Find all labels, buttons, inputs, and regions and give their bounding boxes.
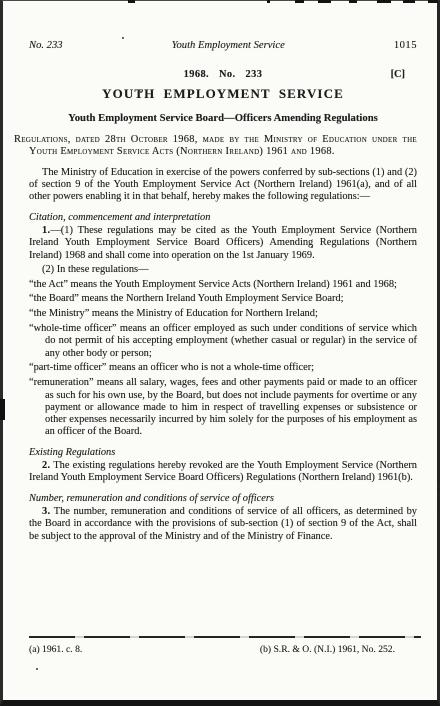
section-heading-citation: Citation, commencement and interpretatio… (29, 212, 417, 224)
section-heading-existing-regulations: Existing Regulations (29, 447, 417, 459)
scan-artifact (318, 0, 331, 3)
definition-the-act: “the Act” means the Youth Employment Ser… (29, 279, 417, 291)
regulation-2-text: The existing regulations hereby revoked … (29, 460, 417, 483)
enacting-paragraph: The Ministry of Education in exercise of… (29, 167, 417, 204)
preamble-smallcaps: Regulations, dated 28th October 1968, ma… (29, 134, 417, 159)
scan-artifact (128, 0, 135, 3)
scan-artifact (140, 91, 142, 93)
regulation-2-paragraph: 2. The existing regulations hereby revok… (29, 460, 417, 485)
running-header-title: Youth Employment Service (172, 40, 285, 52)
running-header: No. 233 Youth Employment Service 1015 (29, 40, 417, 52)
scan-artifact (122, 37, 124, 39)
document-title: YOUTH EMPLOYMENT SERVICE (29, 88, 417, 100)
section-heading-number-remuneration: Number, remuneration and conditions of s… (29, 493, 417, 505)
regulation-1-text: —(1) These regulations may be cited as t… (29, 225, 417, 261)
regulation-3-number: 3. (42, 506, 50, 517)
footnote-b: (b) S.R. & O. (N.I.) 1961, No. 252. (260, 644, 395, 655)
footnote-a: (a) 1961. c. 8. (29, 644, 82, 655)
regulation-1-sub2: (2) In these regulations— (29, 264, 417, 276)
footnote-block: (a) 1961. c. 8. (b) S.R. & O. (N.I.) 196… (29, 636, 421, 655)
definition-remuneration: “remuneration” means all salary, wages, … (29, 377, 417, 438)
page-content: No. 233 Youth Employment Service 1015 19… (29, 0, 417, 543)
scan-artifact (403, 0, 415, 3)
scan-artifact (0, 399, 5, 420)
scan-artifact (428, 0, 438, 3)
definition-part-time-officer: “part-time officer” means an officer who… (29, 362, 417, 374)
definition-the-ministry: “the Ministry” means the Ministry of Edu… (29, 308, 417, 320)
scan-artifact (267, 0, 270, 3)
regulation-1-paragraph: 1.—(1) These regulations may be cited as… (29, 225, 417, 262)
statutory-rule-number: 1968. No. 233 (184, 69, 263, 80)
running-header-number: No. 233 (29, 40, 63, 52)
scanned-document-page: No. 233 Youth Employment Service 1015 19… (0, 0, 440, 706)
corner-mark: [C] (391, 69, 405, 81)
document-subtitle: Youth Employment Service Board—Officers … (29, 112, 417, 124)
regulation-2-number: 2. (42, 460, 50, 471)
scan-artifact (36, 668, 38, 670)
regulation-3-text: The number, remuneration and conditions … (29, 506, 417, 542)
scan-artifact (377, 0, 391, 3)
page-number: 1015 (394, 40, 417, 52)
scan-artifact (349, 0, 357, 3)
scan-artifact (295, 0, 304, 3)
issue-line: 1968. No. 233 [C] (29, 69, 417, 81)
footnotes: (a) 1961. c. 8. (b) S.R. & O. (N.I.) 196… (29, 644, 421, 655)
footnote-rule (29, 636, 421, 638)
scan-artifact (311, 246, 313, 248)
definition-the-board: “the Board” means the Northern Ireland Y… (29, 293, 417, 305)
scan-artifact (437, 479, 439, 513)
regulation-3-paragraph: 3. The number, remuneration and conditio… (29, 506, 417, 543)
definition-whole-time-officer: “whole-time officer” means an officer em… (29, 323, 417, 360)
